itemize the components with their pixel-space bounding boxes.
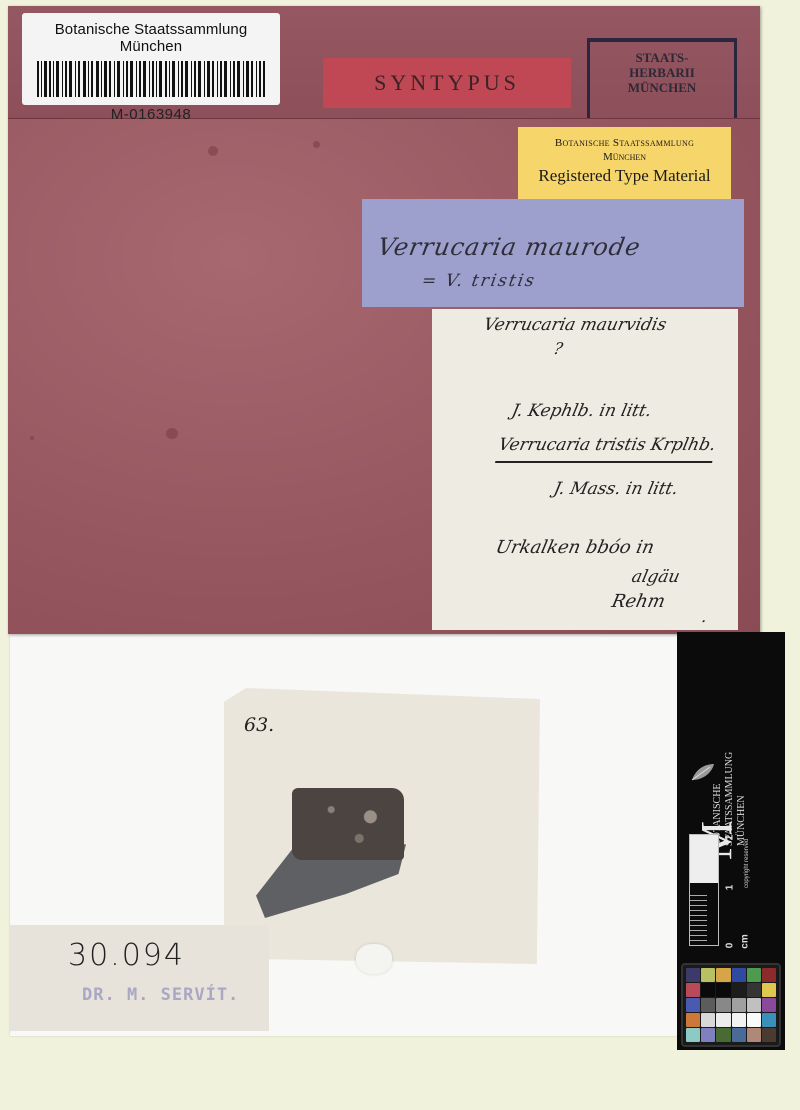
type-label-institution: Botanische Staatssammlung bbox=[518, 137, 731, 149]
type-label-status: Registered Type Material bbox=[518, 166, 731, 186]
packet-number: 63. bbox=[244, 714, 274, 736]
hw-line: J. Mass. in litt. bbox=[552, 479, 680, 499]
barcode-icon bbox=[37, 61, 265, 97]
catalog-number: M-0163948 bbox=[22, 106, 280, 123]
color-chip bbox=[686, 1028, 700, 1042]
color-chip bbox=[686, 1013, 700, 1027]
color-chip bbox=[686, 983, 700, 997]
hw-line: Verrucaria tristis Krplhb. bbox=[495, 435, 718, 463]
color-chip bbox=[701, 1028, 715, 1042]
herbarium-stamp: STAATS- HERBARII MÜNCHEN bbox=[587, 38, 737, 118]
color-chip bbox=[701, 968, 715, 982]
determination-label: Verrucaria maurode = V. tristis bbox=[362, 199, 744, 307]
collection-number: 30.094 bbox=[68, 938, 185, 973]
scale-unit: cm bbox=[740, 934, 751, 948]
hw-line: J. Kephlb. in litt. bbox=[510, 401, 654, 421]
color-chip bbox=[701, 1013, 715, 1027]
hw-line: Rehm bbox=[610, 591, 667, 612]
color-chip bbox=[762, 968, 776, 982]
color-chip bbox=[762, 998, 776, 1012]
color-chip bbox=[732, 983, 746, 997]
color-chip bbox=[716, 1028, 730, 1042]
color-chip bbox=[762, 1028, 776, 1042]
color-chip bbox=[686, 968, 700, 982]
scale-mark: 2 bbox=[724, 835, 735, 841]
stamp-line: HERBARII bbox=[590, 65, 734, 80]
barcode-label: Botanische Staatssammlung München M-0163… bbox=[22, 13, 280, 105]
registered-type-label: Botanische Staatssammlung München Regist… bbox=[518, 127, 731, 199]
color-chip bbox=[747, 968, 761, 982]
color-chip bbox=[732, 1013, 746, 1027]
color-chip bbox=[716, 998, 730, 1012]
color-chip bbox=[732, 998, 746, 1012]
handwritten-label: Verrucaria maurvidis ? J. Kephlb. in lit… bbox=[432, 309, 738, 630]
collector-stamp: DR. M. SERVÍT. bbox=[82, 985, 239, 1005]
determination-synonym: = V. tristis bbox=[420, 271, 537, 291]
color-chip bbox=[732, 1028, 746, 1042]
glue-spot bbox=[356, 944, 392, 974]
hw-line: Urkalken bbóo in bbox=[494, 537, 656, 558]
institution-name: Botanische Staatssammlung München bbox=[22, 21, 280, 55]
color-checker bbox=[681, 963, 781, 1047]
determination-name: Verrucaria maurode bbox=[376, 233, 644, 261]
color-chip bbox=[747, 998, 761, 1012]
scale-mark: 0 bbox=[724, 943, 735, 949]
color-chip bbox=[701, 998, 715, 1012]
hw-line: ? bbox=[552, 339, 565, 358]
color-chip bbox=[762, 1013, 776, 1027]
color-chip bbox=[686, 998, 700, 1012]
hw-line: algäu bbox=[630, 567, 682, 587]
scale-mark: 1 bbox=[724, 885, 735, 891]
copyright-text: copyright reserved bbox=[744, 839, 750, 888]
hw-line: Verrucaria maurvidis bbox=[482, 315, 668, 335]
scale-ruler bbox=[689, 834, 719, 946]
color-chip bbox=[716, 1013, 730, 1027]
syntypus-label: SYNTYPUS bbox=[323, 58, 571, 108]
stamp-line: MÜNCHEN bbox=[590, 80, 734, 95]
color-chip bbox=[747, 1013, 761, 1027]
color-chip bbox=[747, 1028, 761, 1042]
type-label-city: München bbox=[518, 151, 731, 163]
color-chip bbox=[747, 983, 761, 997]
color-chip bbox=[762, 983, 776, 997]
leaf-icon bbox=[690, 762, 716, 782]
lichen-specimen bbox=[292, 788, 404, 860]
color-chip bbox=[701, 983, 715, 997]
color-chip bbox=[732, 968, 746, 982]
color-chip bbox=[716, 968, 730, 982]
color-chip bbox=[716, 983, 730, 997]
stamp-line: STAATS- bbox=[590, 50, 734, 65]
hw-line: . bbox=[700, 607, 709, 626]
